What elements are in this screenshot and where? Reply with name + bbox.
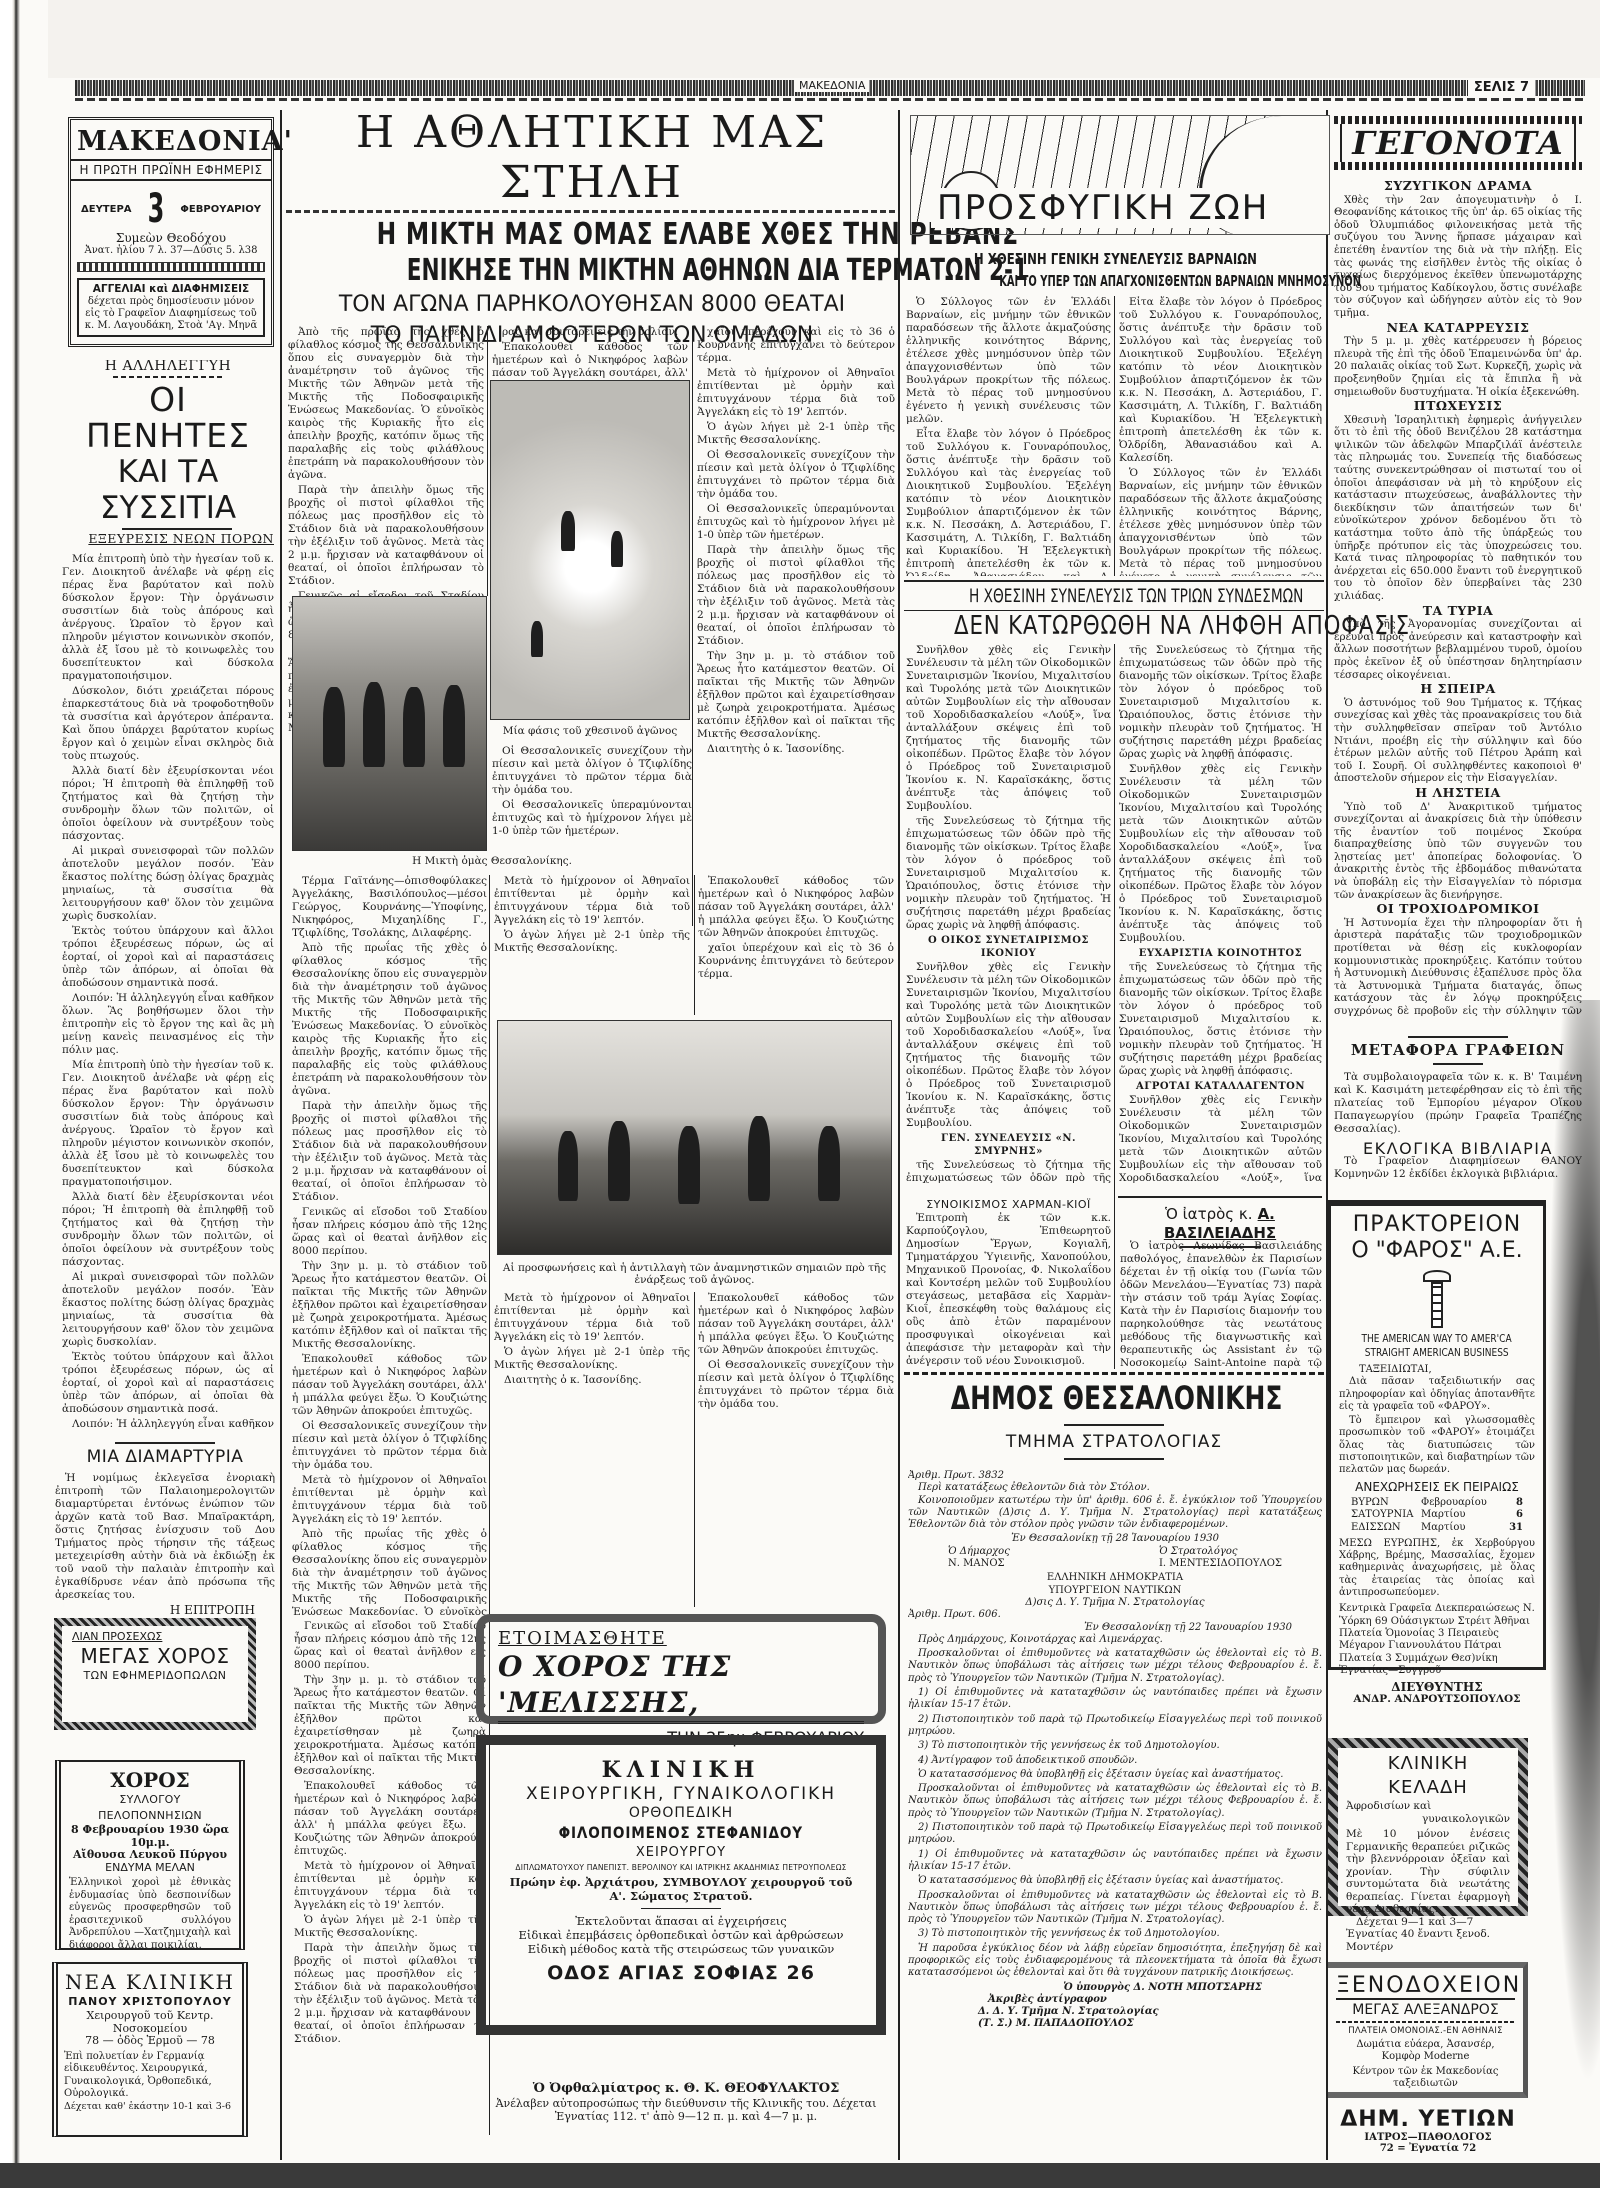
player-figure [818, 1126, 840, 1201]
ad-sub-2: γυναικολογικῶν [1346, 1813, 1510, 1826]
notice-signatories: Ὁ ΔήμαρχοςΝ. ΜΑΝΟΣ Ὁ ΣτρατολόγοςΙ. ΜΕΝΤΕ… [908, 1546, 1322, 1571]
page-left-edge [0, 0, 48, 2188]
photo-caption: Η Μικτὴ ὁμὰς Θεσσαλονίκης. [292, 855, 692, 867]
ad-specialty: ΧΕΙΡΟΥΡΓΙΚΗ, ΓΥΝΑΙΚΟΛΟΓΙΚΗ [502, 1783, 860, 1805]
paragraph: 1) Οἱ ἐπιθυμοῦντες νὰ καταταχθῶσιν ὡς να… [908, 1687, 1322, 1712]
ad-kicker: ΤΑΞΕΙΔΙΩΤΑΙ, [1339, 1364, 1535, 1376]
ship-name: ΣΑΤΟΥΡΝΙΑ [1351, 1509, 1421, 1521]
nameplate-box: ΜΑΚΕΔΟΝΙΑ' Η ΠΡΩΤΗ ΠΡΩΪΝΗ ΕΦΗΜΕΡΙΣ ΔΕΥΤΕ… [68, 117, 274, 347]
ad-title: ΧΟΡΟΣ [69, 1768, 231, 1792]
ad-specialty-2: ΟΡΘΟΠΕΔΙΚΗ [502, 1805, 860, 1821]
paragraph: Ὁ ἀγὼν λήγει μὲ 2-1 ὑπὲρ τῆς Μικτῆς Θεσσ… [294, 1914, 486, 1940]
ad-doctor-role: ΙΑΤΡΟΣ—ΠΑΘΟΛΟΓΟΣ [1328, 2132, 1528, 2143]
notice-body: Κοινοποιοῦμεν κατωτέρω τὴν ὑπ' ἀριθμ. 60… [908, 1495, 1322, 1532]
column-rule [1114, 296, 1115, 576]
paragraph: Ἀπὸ τῆς πρωΐας τῆς χθὲς ὁ φίλαθλος κόσμο… [292, 1528, 487, 1615]
news-item-text: Χθὲς τὴν 2αν ἀπογευματινὴν ὁ Ι. Θεοφανίδ… [1334, 194, 1582, 320]
paragraph: Οἱ Θεσσαλονικεῖς ὑπεραμύνονται ἐπιτυχῶς … [697, 503, 895, 542]
ad-text-2: Τὸ ἔμπειρον καὶ γλωσσομαθὲς προσωπικὸν τ… [1339, 1415, 1535, 1476]
sports-column-2b: Μετὰ τὸ ἡμίχρονον οἱ Ἀθηναῖοι ἐπιτίθεντα… [494, 875, 894, 1015]
ad-text: Μὲ 10 μόνον ἐνέσεις Γερμανικῆς θεραπεύει… [1346, 1828, 1510, 1916]
departure-row: ΒΥΡΩΝΦεβρουαρίου8 [1339, 1497, 1535, 1509]
ad-address: 78 — ὁδὸς Ἑρμοῦ — 78 [64, 2035, 236, 2048]
ad-keladi-clinic: ΚΛΙΝΙΚΗ ΚΕΛΑΔΗ Ἀφροδισίων καὶ γυναικολογ… [1328, 1738, 1528, 1916]
player-figure [531, 621, 543, 657]
paragraph: 4) Ἀντίγραφον τοῦ ἀποδεικτικοῦ σπουδῶν. [908, 1755, 1322, 1767]
paragraph: χαῖοι ὑπερέχουν καὶ εἰς τὸ 36 ὁ Κουρνάνη… [698, 942, 894, 981]
player-figure [558, 1131, 578, 1201]
ad-title: ΠΡΑΚΤΟΡΕΙΟΝ [1339, 1212, 1535, 1238]
departure-day: 31 [1509, 1522, 1523, 1534]
paragraph: Εἶτα ἔλαβε τὸν λόγον ὁ Πρόεδρος τοῦ Συλλ… [906, 428, 1111, 576]
section-title: Η ΑΘΛΗΤΙΚΗ ΜΑΣ ΣΤΗΛΗ [286, 108, 898, 208]
protest-text: Ἡ νομίμως ἐκλεγεῖσα ἐνοριακὴ ἐπιτροπὴ τῶ… [55, 1472, 275, 1602]
ads-notice-text: δέχεται πρὸς δημοσίευσιν μόνον εἰς τὸ Γρ… [82, 296, 260, 332]
paragraph: 3) Τὸ πιστοποιητικὸν τῆς γεννήσεως ἐκ το… [908, 1928, 1322, 1940]
ad-doctor: ΠΑΝΟΥ ΧΡΙΣΤΟΠΟΥΛΟΥ [64, 1994, 236, 2010]
ad-former-post: Πρώην ἐφ. Ἀρχιάτρου, ΣΥΜΒΟΥΛΟΥ χειρουργο… [502, 1875, 860, 1903]
player-figure [561, 511, 575, 551]
ornament-rule [1334, 162, 1582, 170]
paragraph: Μετὰ τὸ ἡμίχρονον οἱ Ἀθηναῖοι ἐπιτίθεντα… [697, 367, 895, 419]
hotel-name: ΜΕΓΑΣ ΑΛΕΞΑΝΔΡΟΣ [1336, 2000, 1515, 2020]
paragraph: Προσκαλοῦνται οἱ ἐπιθυμοῦντες νὰ καταταχ… [908, 1783, 1322, 1820]
sports-column-1b: Τέρμα Γαϊτάνης—ὀπισθοφύλακες Ἀγγελάκης, … [292, 875, 487, 1615]
ad-address: ΟΔΟΣ ΑΓΙΑΣ ΣΟΦΙΑΣ 26 [502, 1962, 860, 1984]
recruiter-signature: Ὁ ΣτρατολόγοςΙ. ΜΕΝΤΕΣΙΔΟΠΟΥΛΟΣ [1159, 1546, 1282, 1571]
department: Δ)σις Δ. Υ. Τμῆμα Ν. Στρατολογίας [908, 1597, 1322, 1609]
page-bottom-edge [0, 2163, 1600, 2188]
lighthouse-icon [1417, 1268, 1457, 1328]
notice-date: Ἐν Θεσσαλονίκῃ τῇ 28 Ἰανουαρίου 1930 [908, 1533, 1322, 1545]
recruiter-label: Ὁ Στρατολόγος [1159, 1546, 1282, 1558]
article-headline: ΟΙ ΠΕΝΗΤΕΣ [62, 382, 274, 454]
illustration-title: ΠΡΟΣΦΥΓΙΚΗ ΖΩΗ [931, 188, 1275, 228]
departure-month: Μαρτίου [1421, 1509, 1516, 1521]
paragraph: Ἀλλὰ διατί δὲν ἐξευρίσκονται νέοι πόροι;… [62, 1191, 274, 1269]
paragraph: τῆς Συνελεύσεως τὸ ζήτημα τῆς ἐπιχωματώσ… [906, 815, 1111, 932]
paragraph: Οἱ Θεσσαλονικεῖς συνεχίζουν τὴν πίεσιν κ… [697, 449, 895, 501]
player-figure [608, 1121, 630, 1201]
ad-date: 8 Φεβρουαρίου 1930 ὥρα 10μ.μ. [69, 1824, 231, 1849]
photo-caption: Μία φάσις τοῦ χθεσινοῦ ἀγῶνος [490, 725, 690, 737]
paragraph: Παρὰ τὴν ἀπειλὴν ὅμως τῆς βροχῆς οἱ πιστ… [294, 1942, 486, 2046]
news-item-text: Ἡ Ἀστυνομία ἔχει τὴν πληροφορίαν ὅτι ἡ ἀ… [1334, 917, 1582, 1016]
ad-hotel: ΞΕΝΟΔΟΧΕΙΟΝ ΜΕΓΑΣ ΑΛΕΞΑΝΔΡΟΣ ΠΛΑΤΕΙΑ ΟΜΟ… [1328, 1962, 1528, 2098]
ad-prefix: Ὁ ἰατρὸς κ. [1165, 1205, 1252, 1223]
ad-slogan: THE AMERICAN WAY TO AMER'CA [1339, 1332, 1535, 1346]
column-rule [280, 110, 282, 2160]
ad-text: Ἐπὶ πολυετίαν ἐν Γερμανίᾳ εἰδικευθέντος.… [64, 2051, 236, 2101]
ad-ophthalmologist: Ὁ Ὀφθαλμίατρος κ. Θ. Κ. ΘΕΟΦΥΛΑΚΤΟΣ Ἀνέλ… [486, 2082, 886, 2142]
paragraph: Μετὰ τὸ ἡμίχρονον οἱ Ἀθηναῖοι ἐπιτίθεντα… [292, 1474, 487, 1526]
paragraph: Παρὰ τὴν ἀπειλὴν ὅμως τῆς βροχῆς οἱ πιστ… [292, 1100, 487, 1204]
ads-notice: ΑΓΓΕΛΙΑΙ καὶ ΔΙΑΦΗΜΙΣΕΙΣ δέχεται πρὸς δη… [77, 278, 265, 337]
departure-day: 8 [1516, 1497, 1523, 1509]
ad-doctor: ΦΙΛΟΠΟΙΜΕΝΟΣ ΣΤΕΦΑΝΙΔΟΥ [502, 1821, 860, 1845]
ad-subtitle: ΣΥΛΛΟΓΟΥ ΠΕΛΟΠΟΝΝΗΣΙΩΝ [69, 1792, 231, 1824]
divider [1433, 1063, 1483, 1065]
subsection-title: ΓΕΝ. ΣΥΝΕΛΕΥΣΙΣ «Ν. ΣΜΥΡΝΗΣ» [906, 1132, 1111, 1158]
section-rule [286, 210, 898, 213]
ship-name: ΒΥΡΩΝ [1351, 1497, 1421, 1509]
nameplate-title: ΜΑΚΕΔΟΝΙΑ' [77, 126, 265, 157]
ad-title: ΝΕΑ ΚΛΙΝΙΚΗ [64, 1970, 236, 1994]
paragraph: Γενικῶς αἱ εἴσοδοι τοῦ Σταδίου ἦσαν πλήρ… [292, 1206, 487, 1258]
ad-line: Ἐκτελοῦνται ἅπασαι αἱ ἐγχειρήσεις [502, 1914, 860, 1928]
copy-signed: (Τ. Σ.) Μ. ΠΑΠΑΔΟΠΟΥΛΟΣ [908, 2018, 1322, 2030]
section-rule [904, 1372, 1324, 1375]
paragraph: 3) Τὸ πιστοποιητικὸν τῆς γεννήσεως ἐκ το… [908, 1740, 1322, 1752]
kicker-rule [113, 376, 223, 378]
notice-subject: Περὶ κατατάξεως ἐθελοντῶν διὰ τὸν Στόλον… [908, 1482, 1322, 1494]
departure-row: ΕΔΙΣΣΩΝΜαρτίου31 [1339, 1522, 1535, 1534]
sports-column-2-mid: Οἱ Θεσσαλονικεῖς συνεχίζουν τὴν πίεσιν κ… [492, 745, 692, 845]
paragraph: Ὁ κατατασσόμενος θὰ ὑποβληθῇ εἰς ἐξέτασι… [908, 1769, 1322, 1781]
unions-headline-block: Η ΧΘΕΣΙΝΗ ΣΥΝΕΛΕΥΣΙΣ ΤΩΝ ΤΡΙΩΝ ΣΥΝΔΕΣΜΩΝ… [904, 584, 1324, 641]
paragraph: Οἱ Θεσσαλονικεῖς ὑπεραμύνονται ἐπιτυχῶς … [492, 799, 692, 838]
paragraph: Συνῆλθον χθὲς εἰς Γενικὴν Συνέλευσιν τὰ … [906, 644, 1111, 813]
headline: Η ΧΘΕΣΙΝΗ ΣΥΝΕΛΕΥΣΙΣ ΤΩΝ ΤΡΙΩΝ ΣΥΝΔΕΣΜΩΝ [904, 584, 1324, 608]
doctor-vasileiadis-text: Ὁ ἰατρὸς Λεωνίδας Βασιλειάδης παθολόγος,… [1120, 1240, 1322, 1370]
ad-title: Ο ΧΟΡΟΣ ΤΗΣ 'ΜΕΛΙΣΣΗΣ, [498, 1649, 864, 1724]
paragraph: Μετὰ τὸ ἡμίχρονον οἱ Ἀθηναῖοι ἐπιτίθεντα… [294, 1860, 486, 1912]
paragraph: Λοιπόν: Ἡ ἀλληλεγγύη εἶναι καθῆκον ὅλων.… [62, 1418, 274, 1430]
news-item-title: ΝΕΑ ΚΑΤΑΡΡΕΥΣΙΣ [1334, 322, 1582, 335]
divider [1118, 1196, 1322, 1198]
ad-title: ΚΛΙΝΙΚΗ ΚΕΛΑΔΗ [1346, 1752, 1510, 1800]
paragraph: τῆς Συνελεύσεως τὸ ζήτημα τῆς ἐπιχωματώσ… [1119, 644, 1322, 761]
column-rule [1114, 644, 1115, 1369]
municipality-notice-body: Ἀριθμ. Πρωτ. 3832 Περὶ κατατάξεως ἐθελον… [908, 1470, 1322, 2150]
player-figure [678, 1126, 700, 1204]
ad-text: Ὁ ἰατρὸς Λεωνίδας Βασιλειάδης παθολόγος,… [1120, 1240, 1322, 1370]
paragraph: Γενικῶς αἱ εἴσοδοι τοῦ Σταδίου ἦσαν πλήρ… [294, 1620, 486, 1672]
player-figure [403, 687, 425, 767]
departures-title: ΑΝΕΧΩΡΗΣΕΙΣ ΕΚ ΠΕΙΡΑΙΩΣ [1339, 1481, 1535, 1493]
paragraph: Συνῆλθον χθὲς εἰς Γενικὴν Συνέλευσιν τὰ … [1119, 1094, 1322, 1184]
ad-text: Ἑλληνικοὶ χοροὶ μὲ ἐθνικὰς ἐνδυμασίας ὑπ… [69, 1877, 231, 1952]
news-item-title: Η ΛΗΣΤΕΙΑ [1334, 787, 1582, 800]
paragraph: Εἶτα ἔλαβε τὸν λόγον ὁ Πρόεδρος τοῦ Συλλ… [1119, 296, 1322, 465]
subsection-title: ΣΥΝΟΙΚΙΣΜΟΣ ΧΑΡΜΑΝ-ΚΙΟΪ [906, 1198, 1111, 1211]
paragraph: 2) Πιστοποιητικὸν τοῦ παρὰ τῷ Πρωτοδικεί… [908, 1822, 1322, 1847]
sports-column-3: χαῖοι ὑπερέχουν καὶ εἰς τὸ 36 ὁ Κουρνάνη… [697, 326, 895, 886]
headline-2: ΚΑΙ ΤΟ ΥΠΕΡ ΤΩΝ ΑΠΑΓΧΟΝΙΣΘΕΝΤΩΝ ΒΑΡΝΑΙΩΝ… [906, 272, 1324, 290]
paragraph: Ἐκτὸς τούτου ὑπάρχουν καὶ ἄλλοι τρόποι ἐ… [62, 925, 274, 990]
ad-offices: Κεντρικὰ Γραφεῖα Διεκπεραιώσεως Ν. Ὑόρκη… [1339, 1603, 1535, 1677]
ad-doctor-address: 72 = Ἐγνατία 72 [1328, 2143, 1528, 2154]
player-figure [443, 685, 465, 767]
reference-number: Ἀριθμ. Πρωτ. 3832 [908, 1470, 1322, 1482]
departure-month: Φεβρουαρίου [1421, 1497, 1516, 1509]
paragraph: Τέρμα Γαϊτάνης—ὀπισθοφύλακες Ἀγγελάκης, … [292, 875, 487, 940]
ad-title: ΜΕΓΑΣ ΧΟΡΟΣ [62, 1643, 248, 1669]
issue-day: ΔΕΥΤΕΡΑ [81, 204, 132, 215]
news-item-text: Τὴν 5 μ. μ. χθὲς κατέρρευσεν ἡ βόρειος π… [1334, 335, 1582, 398]
headline: Η ΜΙΚΤΗ ΜΑΣ ΟΜΑΣ ΕΛΑΒΕ ΧΘΕΣ ΤΗΝ ΡΕΒΑΝΣ [286, 217, 898, 253]
hotel-tagline: Κέντρον τῶν ἐκ Μακεδονίας ταξειδιωτῶν [1336, 2066, 1515, 2090]
team-photo [292, 596, 487, 851]
paragraph: Ὁ ἀγὼν λήγει μὲ 2-1 ὑπὲρ τῆς Μικτῆς Θεσσ… [494, 1346, 690, 1372]
masthead-rule [75, 98, 1585, 101]
issue-date-number: 3 [148, 189, 165, 229]
divider [1064, 1424, 1164, 1426]
paragraph: Οἱ Θεσσαλονικεῖς συνεχίζουν τὴν πίεσιν κ… [698, 1359, 894, 1411]
news-item-text: Ὑπὸ τοῦ Δ' Ἀνακριτικοῦ τμήματος συνεχίζο… [1334, 801, 1582, 902]
divider [1064, 1458, 1164, 1460]
news-section-header: ΓΕΓΟΝΟΤΑ [1334, 116, 1582, 170]
paragraph: χαῖοι ὑπερέχουν καὶ εἰς τὸ 36 ὁ Κουρνάνη… [697, 326, 895, 365]
column-rule [487, 326, 488, 596]
circular-date: Ἐν Θεσσαλονίκῃ τῇ 22 Ἰανουαρίου 1930 [908, 1622, 1322, 1634]
paragraph: Διαιτητὴς ὁ κ. Ἰασονίδης. [494, 1374, 690, 1387]
circular-number: Ἀριθμ. Πρωτ. 606. [908, 1609, 1322, 1621]
article-kicker: Η ΑΛΛΗΛΕΓΓΥΗ [62, 360, 274, 373]
ad-title: Ὁ Ὀφθαλμίατρος κ. Θ. Κ. ΘΕΟΦΥΛΑΚΤΟΣ [486, 2082, 886, 2095]
nameplate-subtitle: Η ΠΡΩΤΗ ΠΡΩΪΝΗ ΕΦΗΜΕΡΙΣ [71, 159, 271, 181]
article-protest: ΜΙΑ ΔΙΑΜΑΡΤΥΡΙΑ Ἡ νομίμως ἐκλεγεῖσα ἐνορ… [55, 1442, 275, 1617]
ad-doctor-name: ΔΗΜ. ΥΕΤΙΩΝ [1328, 2108, 1528, 2132]
paragraph: Ἐπακολουθεῖ κάθοδος τῶν ἡμετέρων καὶ ὁ Ν… [698, 1292, 894, 1357]
ad-text: Διὰ πᾶσαν ταξειδιωτικήν σας πληροφορίαν … [1339, 1376, 1535, 1413]
paragraph: τῆς Συνελεύσεως τὸ ζήτημα τῆς ἐπιχωματώσ… [1119, 961, 1322, 1078]
paragraph: Ὁ Σύλλογος τῶν ἐν Ἑλλάδι Βαρναίων, εἰς μ… [906, 296, 1111, 426]
divider [1336, 2021, 1515, 2023]
paragraph: Ὁ Σύλλογος τῶν ἐν Ἑλλάδι Βαρναίων, εἰς μ… [1119, 467, 1322, 576]
player-figure [748, 1116, 770, 1201]
article-poor-and-soup-kitchens: Η ΑΛΛΗΛΕΓΓΥΗ ΟΙ ΠΕΝΗΤΕΣ ΚΑΙ ΤΑ ΣΥΣΣΙΤΙΑ … [62, 360, 274, 1430]
ad-hours: Δέχεται καθ' ἑκάστην 10-1 καὶ 3-6 [64, 2101, 236, 2114]
player-figure [363, 682, 385, 767]
paragraph: Ἐπακολουθεῖ κάθοδος τῶν ἡμετέρων καὶ ὁ Ν… [698, 875, 894, 940]
ad-new-clinic: ΝΕΑ ΚΛΙΝΙΚΗ ΠΑΝΟΥ ΧΡΙΣΤΟΠΟΥΛΟΥ Χειρουργο… [52, 1962, 248, 2137]
paragraph: Ἐκτὸς τούτου ὑπάρχουν καὶ ἄλλοι τρόποι ἐ… [62, 1351, 274, 1416]
ad-doctor-yetion: ΔΗΜ. ΥΕΤΙΩΝ ΙΑΤΡΟΣ—ΠΑΘΟΛΟΓΟΣ 72 = Ἐγνατί… [1328, 2108, 1528, 2154]
copy-department: Δ. Δ. Υ. Τμῆμα Ν. Στρατολογίας [908, 2006, 1322, 2018]
ship-name: ΕΔΙΣΣΩΝ [1351, 1522, 1421, 1534]
ad-subtitle: ΤΩΝ ΕΦΗΜΕΡΙΔΟΠΩΛΩΝ [62, 1669, 248, 1682]
paragraph: Τὴν 3ην μ. μ. τὸ στάδιον τοῦ Ἄρεως ἦτο κ… [294, 1674, 486, 1778]
protest-title: ΜΙΑ ΔΙΑΜΑΡΤΥΡΙΑ [55, 1446, 275, 1468]
issue-date: ΔΕΥΤΕΡΑ 3 ΦΕΒΡΟΥΑΡΙΟΥ [77, 187, 265, 231]
mayor-signature: Ὁ ΔήμαρχοςΝ. ΜΑΝΟΣ [948, 1546, 1010, 1571]
paragraph: Ἀπὸ τῆς πρωΐας τῆς χθὲς ὁ φίλαθλος κόσμο… [288, 326, 484, 482]
varna-column-1: Ὁ Σύλλογος τῶν ἐν Ἑλλάδι Βαρναίων, εἰς μ… [906, 296, 1111, 576]
news-item-title: ΟΙ ΤΡΟΧΙΟΔΡΟΜΙΚΟΙ [1334, 903, 1582, 916]
refugee-life-illustration: ΠΡΟΣΦΥΓΙΚΗ ΖΩΗ [910, 115, 1330, 235]
protest-signature: Η ΕΠΙΤΡΟΠΗ [55, 1604, 275, 1617]
paragraph: Ἐπακολουθεῖ κάθοδος τῶν ἡμετέρων καὶ ὁ Ν… [292, 1353, 487, 1418]
ad-hours: Δέχεται 9—1 καὶ 3—7 Ἐγνατίας 40 ἔναντι ξ… [1346, 1916, 1510, 1954]
issue-month: ΦΕΒΡΟΥΑΡΙΟΥ [180, 204, 261, 215]
paragraph: Μία ἐπιτροπὴ ὑπὸ τὴν ἡγεσίαν τοῦ κ. Γεν.… [62, 553, 274, 683]
ad-kicker: ΛΙΑΝ ΠΡΟΣΕΧΩΣ [62, 1630, 248, 1643]
subsection-title: Ο ΟΙΚΟΣ ΣΥΝΕΤΑΙΡΙΣΜΟΣ ΙΚΟΝΙΟΥ [906, 934, 1111, 960]
ad-role: Χειρουργοῦ τοῦ Κεντρ. Νοσοκομείου [64, 2010, 236, 2035]
paragraph: Μετὰ τὸ ἡμίχρονον οἱ Ἀθηναῖοι ἐπιτίθεντα… [494, 875, 690, 927]
notice-title: ΜΕΤΑΦΟΡΑ ΓΡΑΦΕΙΩΝ [1334, 1044, 1582, 1057]
mayor-label: Ὁ Δήμαρχος [948, 1546, 1010, 1558]
paragraph: τῆς Συνελεύσεως τὸ ζήτημα τῆς ἐπιχωματώσ… [906, 1159, 1111, 1184]
paragraph: Ὁ ἀγὼν λήγει μὲ 2-1 ὑπὲρ τῆς Μικτῆς Θεσσ… [697, 421, 895, 447]
sports-headline-block: Η ΑΘΛΗΤΙΚΗ ΜΑΣ ΣΤΗΛΗ Η ΜΙΚΤΗ ΜΑΣ ΟΜΑΣ ΕΛ… [286, 108, 898, 351]
paragraph: Οἱ Θεσσαλονικεῖς συνεχίζουν τὴν πίεσιν κ… [492, 745, 692, 797]
director-name: ΑΝΔΡ. ΑΝΔΡΟΥΤΣΟΠΟΥΛΟΣ [1339, 1693, 1535, 1705]
undersecretary-signature: Ὁ ὑπουργὸς Δ. ΝΟΤΗ ΜΠΟΤΣΑΡΗΣ [908, 1982, 1322, 1994]
paragraph: Ἐπακολουθεῖ κάθοδος τῶν ἡμετέρων καὶ ὁ Ν… [294, 1780, 486, 1858]
unions-column-2: τῆς Συνελεύσεως τὸ ζήτημα τῆς ἐπιχωματώσ… [1119, 644, 1322, 1184]
varna-column-2: Εἶτα ἔλαβε τὸν λόγον ὁ Πρόεδρος τοῦ Συλλ… [1119, 296, 1322, 576]
hotel-location: ΠΛΑΤΕΙΑ ΟΜΟΝΟΙΑΣ.-ΕΝ ΑΘΗΝΑΙΣ [1336, 2026, 1515, 2036]
paragraph: Ἀπὸ τῆς πρωΐας τῆς χθὲς ὁ φίλαθλος κόσμο… [292, 942, 487, 1098]
headline-2: ΔΕΝ ΚΑΤΩΡΘΩΘΗ ΝΑ ΛΗΦΘΗ ΑΠΟΦΑΣΙΣ [904, 610, 1324, 641]
paragraph: Συνῆλθον χθὲς εἰς Γενικὴν Συνέλευσιν τὰ … [1119, 763, 1322, 945]
headline-3: ΤΟΝ ΑΓΩΝΑ ΠΑΡΗΚΟΛΟΥΘΗΣΑΝ 8000 ΘΕΑΤΑΙ [286, 289, 898, 321]
ad-newspaper-sellers-dance: ΛΙΑΝ ΠΡΟΣΕΧΩΣ ΜΕΓΑΣ ΧΟΡΟΣ ΤΩΝ ΕΦΗΜΕΡΙΔΟΠ… [54, 1618, 256, 1730]
ad-role: ΧΕΙΡΟΥΡΓΟΥ [502, 1845, 860, 1860]
notice-text: Τὸ Γραφεῖον Διαφημίσεων ΘΑΝΟΥ Κομνηνῶν 1… [1334, 1155, 1582, 1181]
ad-credentials: ΔΙΠΛΩΜΑΤΟΥΧΟΥ ΠΑΝΕΠΙΣΤ. ΒΕΡΟΛΙΝΟΥ ΚΑΙ ΙΑ… [502, 1863, 860, 1872]
municipality-notice-header: ΔΗΜΟΣ ΘΕΣΣΑΛΟΝΙΚΗΣ ΤΜΗΜΑ ΣΤΡΑΤΟΛΟΓΙΑΣ [904, 1378, 1324, 1466]
paragraph: Ἀλλὰ διατί δὲν ἐξευρίσκονται νέοι πόροι;… [62, 765, 274, 843]
paragraph: Ἐπιτροπὴ ἐκ τῶν κ.κ. Καρπούζογλου, Ἐπιθε… [906, 1212, 1111, 1366]
news-item-title: ΤΑ ΤΥΡΙΑ [1334, 605, 1582, 618]
headline-2: ΕΝΙΚΗΣΕ ΤΗΝ ΜΙΚΤΗΝ ΑΘΗΝΩΝ ΔΙΑ ΤΕΡΜΑΤΩΝ 2… [286, 253, 898, 289]
match-action-photo [490, 380, 690, 720]
saint-of-day: Συμεὼν Θεοδόχου [77, 231, 265, 245]
news-item-text: Χθεσινὴ Ἰσραηλιτικὴ ἐφημερὶς ἀνήγγειλεν … [1334, 414, 1582, 603]
masthead-center-label: ΜΑΚΕΔΟΝΙΑ [795, 79, 869, 92]
paragraph: Ὁ κατατασσόμενος θὰ ὑποβληθῇ εἰς ἐξέτασι… [908, 1875, 1322, 1887]
state-name: ΕΛΛΗΝΙΚΗ ΔΗΜΟΚΡΑΤΙΑ [908, 1572, 1322, 1584]
pre-match-ceremony-photo [497, 1020, 892, 1255]
divider [115, 1442, 215, 1444]
ad-venue: Αἴθουσα Λευκοῦ Πύργου [69, 1849, 231, 1862]
news-items: ΣΥΖΥΓΙΚΟΝ ΔΡΑΜΑ Χθὲς τὴν 2αν ἀπογευματιν… [1334, 178, 1582, 1016]
ad-stefanidis-clinic: ΚΛΙΝΙΚΗ ΧΕΙΡΟΥΡΓΙΚΗ, ΓΥΝΑΙΚΟΛΟΓΙΚΗ ΟΡΘΟΠ… [476, 1735, 886, 2035]
paragraph: Μετὰ τὸ ἡμίχρονον οἱ Ἀθηναῖοι ἐπιτίθεντα… [494, 1292, 690, 1344]
paragraph: 1) Οἱ ἐπιθυμοῦντες νὰ καταταχθῶσιν ὡς να… [908, 1849, 1322, 1874]
ad-europe-text: ΜΕΣΩ ΕΥΡΩΠΗΣ, ἐκ Χερβούργου Χάβρης, Βρέμ… [1339, 1538, 1535, 1599]
paragraph: Διαιτητὴς ὁ κ. Ἰασονίδης. [697, 743, 895, 756]
notice-title: ΔΗΜΟΣ ΘΕΣΣΑΛΟΝΙΚΗΣ [904, 1378, 1324, 1418]
player-figure [323, 687, 345, 767]
ad-slogan-2: STRAIGHT AMERICAN BUSINESS [1339, 1346, 1535, 1360]
departure-month: Μαρτίου [1421, 1522, 1509, 1534]
sports-column-2c: Μετὰ τὸ ἡμίχρονον οἱ Ἀθηναῖοι ἐπιτίθεντα… [494, 1292, 894, 1607]
article-subhead: ΕΞΕΥΡΕΣΙΣ ΝΕΩΝ ΠΟΡΩΝ [62, 532, 274, 545]
section-rule [904, 580, 1324, 582]
hotel-amenities: Δωμάτια εὐάερα, Ἀσανσέρ, Κομφὸρ Moderne [1336, 2039, 1515, 2063]
divider [1408, 1036, 1508, 1038]
page-number: ΣΕΛΙΣ 7 [1468, 80, 1535, 96]
column-rule [692, 326, 693, 926]
headline-rule [122, 528, 232, 530]
ad-line: Εἰδικὴ μέθοδος κατὰ τῆς στειρώσεως τῶν γ… [502, 1942, 860, 1956]
paragraph: 2) Πιστοποιητικὸν τοῦ παρὰ τῷ Πρωτοδικεί… [908, 1714, 1322, 1739]
ad-dress-code: ΕΝΔΥΜΑ ΜΕΛΑΝ [69, 1862, 231, 1875]
photo-caption: Αἱ προσφωνήσεις καὶ ἡ ἀντιλλαγὴ τῶν ἀναμ… [497, 1262, 892, 1286]
departure-row: ΣΑΤΟΥΡΝΙΑΜαρτίου6 [1339, 1509, 1535, 1521]
notice-subtitle: ΤΜΗΜΑ ΣΤΡΑΤΟΛΟΓΙΑΣ [904, 1432, 1324, 1452]
paragraph: ρας καὶ σουτάρει εἰς τὴν δολίαν. [492, 326, 688, 339]
ministry-name: ΥΠΟΥΡΓΕΙΟΝ ΝΑΥΤΙΚΩΝ [908, 1585, 1322, 1597]
departures-table: ΒΥΡΩΝΦεβρουαρίου8 ΣΑΤΟΥΡΝΙΑΜαρτίου6 ΕΔΙΣ… [1339, 1497, 1535, 1534]
player-figure [611, 531, 623, 567]
paragraph: Παρὰ τὴν ἀπειλὴν ὅμως τῆς βροχῆς οἱ πιστ… [288, 484, 484, 588]
ad-melissa-dance: ΕΤΟΙΜΑΣΘΗΤΕ Ο ΧΟΡΟΣ ΤΗΣ 'ΜΕΛΙΣΣΗΣ, ΤΗΝ 2… [476, 1614, 886, 1724]
news-item-title: ΠΤΩΧΕΥΣΙΣ [1334, 400, 1582, 413]
ad-text: Ἀνέλαβεν αὐτοπροσώπως τὴν διεύθυνσιν τῆς… [486, 2097, 886, 2123]
mayor-name: Ν. ΜΑΝΟΣ [948, 1558, 1010, 1570]
paragraph: Ὁ ἀγὼν λήγει μὲ 2-1 ὑπὲρ τῆς Μικτῆς Θεσσ… [494, 929, 690, 955]
subsection-title: ΑΓΡΟΤΑΙ ΚΑΤΑΛΛΑΓΕΝΤΟΝ [1119, 1080, 1322, 1093]
ad-faros-agency: ΠΡΑΚΤΟΡΕΙΟΝ Ο "ΦΑΡΟΣ" Α.Ε. THE AMERICAN … [1328, 1200, 1546, 1670]
paragraph: Δύσκολον, διότι χρειάζεται πόρους ἐπαρκε… [62, 685, 274, 763]
ornament-rule [1334, 116, 1582, 124]
ad-title: ΚΛΙΝΙΚΗ [502, 1757, 860, 1783]
news-item-title: ΣΥΖΥΓΙΚΟΝ ΔΡΑΜΑ [1334, 180, 1582, 193]
departure-day: 6 [1516, 1509, 1523, 1521]
ad-sub: Ἀφροδισίων καὶ [1346, 1800, 1510, 1813]
ad-kicker: ΕΤΟΙΜΑΣΘΗΤΕ [498, 1628, 864, 1649]
ads-notice-title: ΑΓΓΕΛΙΑΙ καὶ ΔΙΑΦΗΜΙΣΕΙΣ [93, 283, 249, 295]
notice-title: ΕΚΛΟΓΙΚΑ ΒΙΒΛΙΑΡΙΑ [1334, 1142, 1582, 1155]
paragraph: Τὴν 3ην μ. μ. τὸ στάδιον τοῦ Ἄρεως ἦτο κ… [697, 650, 895, 741]
subsection-title: ΕΥΧΑΡΙΣΤΙΑ ΚΟΙΝΟΤΗΤΟΣ [1119, 947, 1322, 960]
paragraph: Οἱ Θεσσαλονικεῖς συνεχίζουν τὴν πίεσιν κ… [292, 1420, 487, 1472]
varna-headline-block: Η ΧΘΕΣΙΝΗ ΓΕΝΙΚΗ ΣΥΝΕΛΕΥΣΙΣ ΒΑΡΝΑΙΩΝ ΚΑΙ… [906, 250, 1324, 290]
election-booklets-notice: ΕΚΛΟΓΙΚΑ ΒΙΒΛΙΑΡΙΑ Τὸ Γραφεῖον Διαφημίσε… [1334, 1142, 1582, 1198]
unions-column-1: Συνῆλθον χθὲς εἰς Γενικὴν Συνέλευσιν τὰ … [906, 644, 1111, 1184]
paragraph: Αἱ μικραὶ συνεισφοραὶ τῶν πολλῶν ἀποτελο… [62, 845, 274, 923]
news-item-text: Ὁ ἀστυνόμος τοῦ 9ου Τμήματος κ. Τζήκας σ… [1334, 697, 1582, 785]
ornament-divider [77, 262, 265, 272]
paragraph: Προσκαλοῦνται οἱ ἐπιθυμοῦντες νὰ καταταχ… [908, 1648, 1322, 1685]
copy-label: Ἀκριβὲς ἀντίγραφον [908, 1994, 1322, 2006]
divider [641, 1908, 721, 1909]
news-item-title: Η ΣΠΕΙΡΑ [1334, 683, 1582, 696]
sports-column-1c: Γενικῶς αἱ εἴσοδοι τοῦ Σταδίου ἦσαν πλήρ… [294, 1620, 486, 2140]
ad-line: Εἰδικαὶ ἐπεμβάσεις ὀρθοπεδικαὶ ὀστῶν καὶ… [502, 1928, 860, 1942]
news-item-text: Ὑπὸ τῆς Ἀγορανομίας συνεχίζονται αἱ ἔρευ… [1334, 618, 1582, 681]
paragraph: Μία ἐπιτροπὴ ὑπὸ τὴν ἡγεσίαν τοῦ κ. Γεν.… [62, 1059, 274, 1189]
paragraph: Ἡ παροῦσα ἐγκύκλιος δέον νὰ λάβῃ εὐρεῖαν… [908, 1943, 1322, 1980]
sun-times: Ἀνατ. ἡλίου 7 λ. 37—Δύσις 5. λ38 [77, 245, 265, 256]
ad-title-2: Ο "ΦΑΡΟΣ" Α.Ε. [1339, 1238, 1535, 1264]
paragraph: Λοιπόν: Ἡ ἀλληλεγγύη εἶναι καθῆκον ὅλων.… [62, 992, 274, 1057]
column-rule [898, 110, 900, 2160]
headline: Η ΧΘΕΣΙΝΗ ΓΕΝΙΚΗ ΣΥΝΕΛΕΥΣΙΣ ΒΑΡΝΑΙΩΝ [906, 250, 1324, 268]
paragraph: Συνῆλθον χθὲς εἰς Γενικὴν Συνέλευσιν τὰ … [906, 961, 1111, 1130]
ad-title: ΞΕΝΟΔΟΧΕΙΟΝ [1336, 1974, 1515, 2000]
paragraph: Προσκαλοῦνται οἱ ἐπιθυμοῦντες νὰ καταταχ… [908, 1890, 1322, 1927]
paragraph: Παρὰ τὴν ἀπειλὴν ὅμως τῆς βροχῆς οἱ πιστ… [697, 544, 895, 648]
recruiter-name: Ι. ΜΕΝΤΕΣΙΔΟΠΟΥΛΟΣ [1159, 1558, 1282, 1570]
paragraph: Αἱ μικραὶ συνεισφοραὶ τῶν πολλῶν ἀποτελο… [62, 1271, 274, 1349]
unions-charmankioi: ΣΥΝΟΙΚΙΣΜΟΣ ΧΑΡΜΑΝ-ΚΙΟΪ Ἐπιτροπὴ ἐκ τῶν … [906, 1196, 1111, 1366]
notice-text: Τὰ συμβολαιογραφεῖα τῶν κ. κ. Β' Ταιμένη… [1334, 1071, 1582, 1136]
ad-peloponnesian-dance: ΧΟΡΟΣ ΣΥΛΛΟΓΟΥ ΠΕΛΟΠΟΝΝΗΣΙΩΝ 8 Φεβρουαρί… [55, 1760, 245, 1950]
director-label: ΔΙΕΥΘΥΝΤΗΣ [1339, 1681, 1535, 1693]
paragraph: Πρὸς Δημάρχους, Κοινοτάρχας καὶ Λιμενάρχ… [908, 1634, 1322, 1646]
article-headline-2: ΚΑΙ ΤΑ ΣΥΣΣΙΤΙΑ [62, 454, 274, 526]
section-title: ΓΕΓΟΝΟΤΑ [1340, 124, 1576, 162]
paragraph: Τὴν 3ην μ. μ. τὸ στάδιον τοῦ Ἄρεως ἦτο κ… [292, 1260, 487, 1351]
